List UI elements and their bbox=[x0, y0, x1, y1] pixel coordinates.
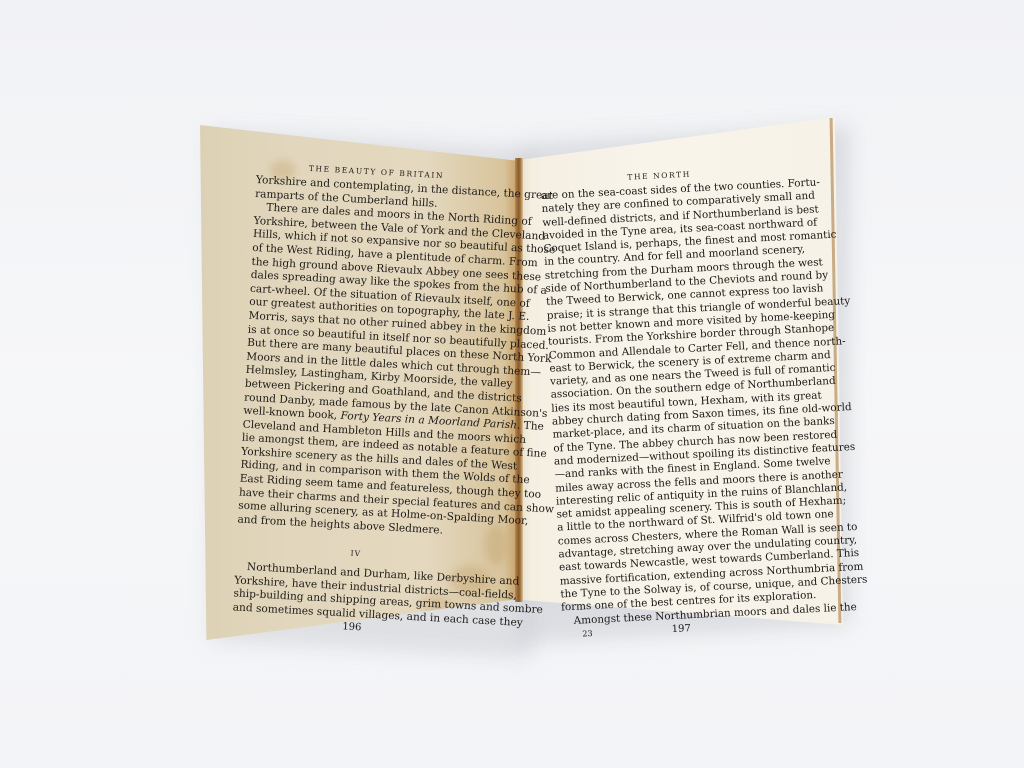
right-page-text: THE NORTH are on the sea-coast sides of … bbox=[540, 164, 801, 642]
foxing-stain bbox=[485, 525, 507, 565]
text-fragment: The bbox=[523, 420, 544, 433]
left-page-text: THE BEAUTY OF BRITAIN Yorkshire and cont… bbox=[232, 160, 497, 641]
photo-scene: THE BEAUTY OF BRITAIN Yorkshire and cont… bbox=[0, 0, 1024, 768]
